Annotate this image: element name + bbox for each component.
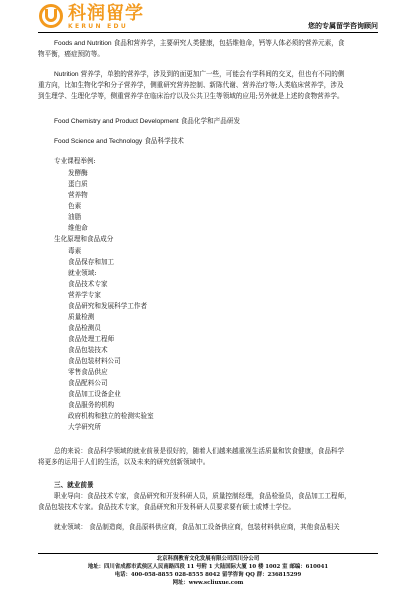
- course-item: 色素: [68, 201, 81, 212]
- list-item: 食品研究和发展科学工作者: [68, 301, 147, 312]
- course-item: 营养物: [68, 190, 88, 201]
- paragraph-nutrition-cont-2: 到生理学、生理化学等，侧重营养学在临床治疗以及公共卫生等领域的应用;另外就是上述…: [38, 91, 344, 102]
- logo-u-icon: [38, 4, 64, 26]
- list-item: 政府机构和独立的检测实验室: [68, 411, 154, 422]
- paragraph-nutrition: Nutrition 营养学，单独的营养学，涉及到的面更加广一些，可能会有学科间的…: [54, 69, 344, 80]
- logo: 科润留学 KERUN EDU: [38, 4, 144, 32]
- footer-divider: [38, 553, 378, 554]
- list-item: 大学研究所: [68, 422, 101, 433]
- list-item: 食品包装技术: [68, 345, 108, 356]
- list-item: 食品包装材料公司: [68, 356, 121, 367]
- list-item: 质量检测: [68, 312, 94, 323]
- biochem-label: 生化原理和食品成分: [54, 234, 113, 245]
- footer-website: 网址：www.scliuxue.com: [38, 579, 378, 587]
- paragraph-food-chemistry: Food Chemistry and Product Development 食…: [54, 116, 240, 127]
- list-item: 食品处理工程师: [68, 334, 114, 345]
- header-divider: [38, 32, 378, 33]
- summary-paragraph-cont: 将更多的运用于人们的生活，以及未来的研究创新领域中。: [38, 457, 209, 468]
- list-item: 食品加工设备企业: [68, 389, 121, 400]
- list-item: 就业领域:: [68, 268, 97, 279]
- course-item: 维他命: [68, 223, 88, 234]
- courses-label: 专业课程举例:: [54, 156, 96, 167]
- course-item: 发酵酶: [68, 168, 88, 179]
- logo-cn-text: 科润留学: [68, 4, 144, 23]
- footer-company: 北京科润教育文化发展有限公司四川分公司: [38, 555, 378, 563]
- footer-phone: 电话：400-058-8855 028-8555 8042 留学咨询 QQ 群：…: [38, 571, 378, 579]
- career-paragraph-cont: 食品包装技术专家。食品技术专家，食品研究和开发科研人员要求要有硕士或博士学位。: [38, 502, 295, 513]
- header-tagline: 您的专属留学咨询顾问: [308, 21, 378, 31]
- career-paragraph: 职业导向：食品技术专家，食品研究和开发科研人员，质量控制经理，食品检验员，食品加…: [54, 491, 351, 502]
- logo-en-text: KERUN EDU: [68, 23, 144, 30]
- document-page: 科润留学 KERUN EDU 您的专属留学咨询顾问 Foods and Nutr…: [0, 0, 416, 594]
- course-item: 蛋白质: [68, 179, 88, 190]
- course-item: 油脂: [68, 212, 81, 223]
- list-item: 食品服务的机构: [68, 400, 114, 411]
- list-item: 营养学专家: [68, 290, 101, 301]
- paragraph-food-science: Food Science and Technology 食品科学技术: [54, 136, 184, 147]
- footer-address: 地址：四川省成都市武侯区人民南路四段 11 号附 1 大陆国际大厦 10 楼 1…: [38, 563, 378, 571]
- paragraph-nutrition-cont-1: 重方向，比如生物化学和分子营养学，侧重研究营养控制、新陈代谢、营养治疗等;人类临…: [38, 80, 344, 91]
- list-item: 食品保存和加工: [68, 257, 114, 268]
- section-heading: 三、就业前景: [54, 480, 94, 491]
- list-item: 零售食品供应: [68, 367, 108, 378]
- paragraph-foods-nutrition-cont: 物平衡，癌症预防等。: [38, 49, 104, 60]
- list-item: 食品技术专家: [68, 279, 108, 290]
- list-item: 毒素: [68, 246, 81, 257]
- list-item: 食品配料公司: [68, 378, 108, 389]
- employment-paragraph: 就业领域： 食品制造商，食品原料供应商，食品加工设备供应商，包装材料供应商，其他…: [54, 522, 340, 533]
- list-item: 食品检测员: [68, 323, 101, 334]
- summary-paragraph: 总的来说：食品科学领域的就业前景是很好的，随着人们越来越重视生活质量和饮食健康，…: [54, 446, 344, 457]
- paragraph-foods-nutrition: Foods and Nutrition 食品和营养学，主要研究人类健康，包括维他…: [54, 38, 344, 49]
